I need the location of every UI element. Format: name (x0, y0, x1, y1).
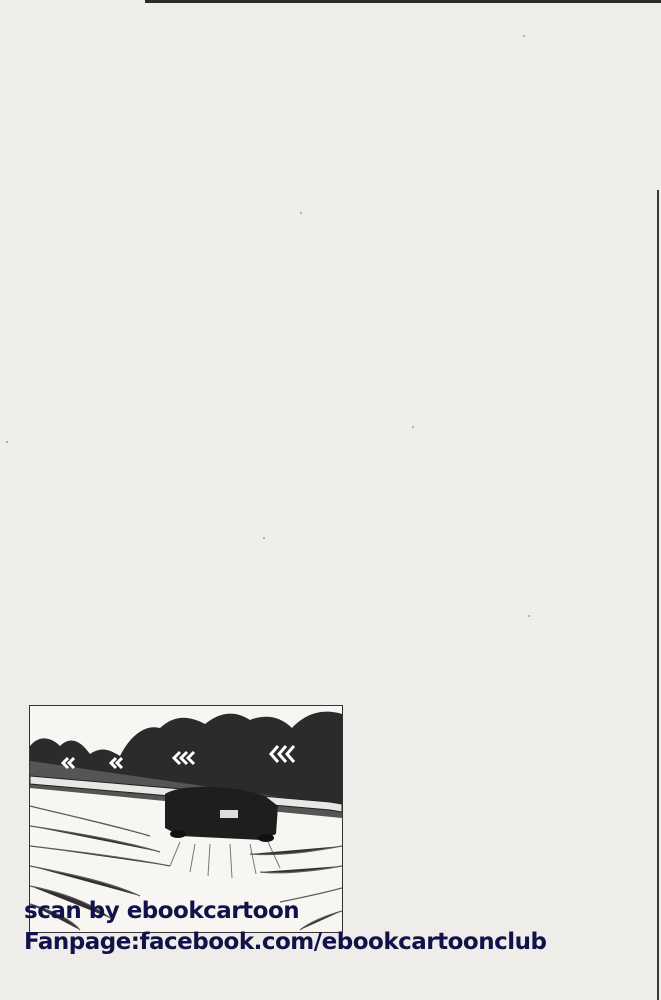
paper-speck (6, 441, 8, 443)
paper-speck (300, 212, 302, 214)
page-right-edge (657, 190, 659, 1000)
car-icon (165, 787, 278, 842)
paper-speck (523, 35, 525, 37)
fanpage-link-text: Fanpage:facebook.com/ebookcartoonclub (24, 929, 546, 955)
page-top-edge (145, 0, 661, 3)
scan-credit-text: scan by ebookcartoon (24, 898, 299, 924)
paper-speck (412, 426, 414, 428)
paper-speck (528, 615, 530, 617)
paper-speck (263, 537, 265, 539)
